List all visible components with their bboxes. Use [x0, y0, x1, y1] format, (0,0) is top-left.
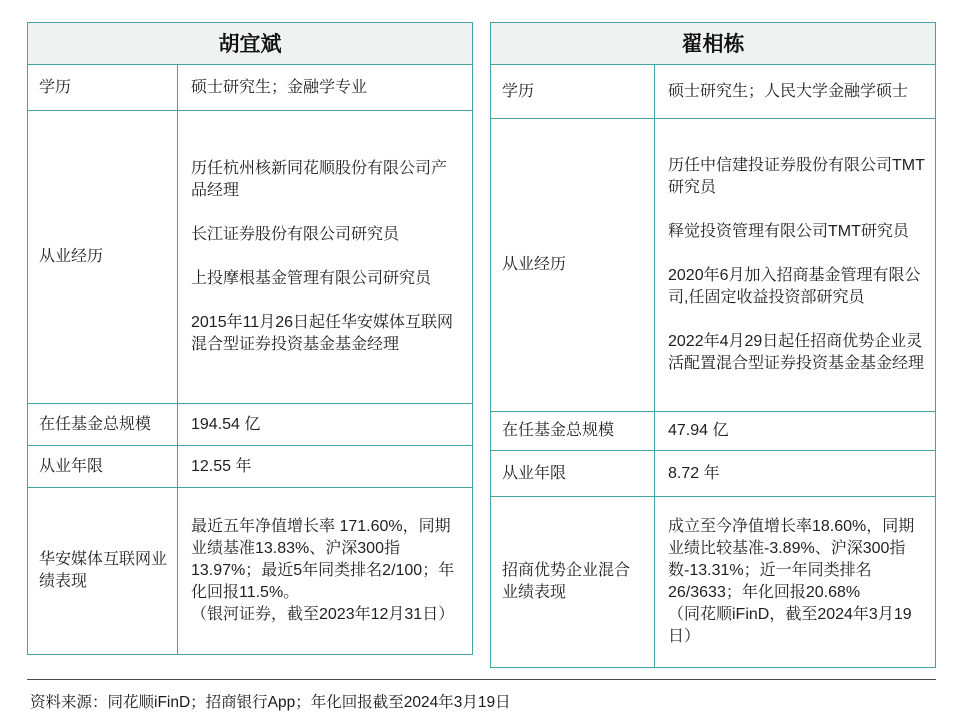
source-note: 资料来源：同花顺iFinD；招商银行App；年化回报截至2024年3月19日 [30, 692, 936, 714]
table-row: 学历硕士研究生；金融学专业 [28, 65, 472, 111]
row-value: 8.72 年 [655, 451, 935, 496]
row-value: 硕士研究生；金融学专业 [178, 65, 472, 110]
value-paragraph: 12.55 年 [191, 456, 462, 478]
value-paragraph: 上投摩根基金管理有限公司研究员 [191, 268, 462, 290]
row-label: 学历 [491, 65, 655, 118]
row-label: 在任基金总规模 [28, 404, 178, 445]
row-value: 47.94 亿 [655, 412, 935, 450]
row-label: 招商优势企业混合业绩表现 [491, 497, 655, 667]
row-value: 最近五年净值增长率 171.60%，同期业绩基准13.83%、沪深300指13.… [178, 488, 472, 654]
row-label: 华安媒体互联网业绩表现 [28, 488, 178, 654]
table-title-manager-name: 翟相栋 [491, 23, 935, 65]
table-row: 招商优势企业混合业绩表现成立至今净值增长率18.60%，同期业绩比较基准-3.8… [491, 497, 935, 667]
table-row: 从业经历历任中信建投证券股份有限公司TMT研究员释觉投资管理有限公司TMT研究员… [491, 119, 935, 412]
row-value: 194.54 亿 [178, 404, 472, 445]
value-paragraph: 硕士研究生；人民大学金融学硕士 [668, 81, 925, 103]
value-paragraph: 47.94 亿 [668, 420, 925, 442]
value-paragraph: 历任杭州核新同花顺股份有限公司产品经理 [191, 158, 462, 202]
footer-divider [27, 679, 936, 680]
value-paragraph: 2015年11月26日起任华安媒体互联网混合型证券投资基金基金经理 [191, 312, 462, 356]
value-paragraph: 释觉投资管理有限公司TMT研究员 [668, 221, 925, 243]
table-row: 学历硕士研究生；人民大学金融学硕士 [491, 65, 935, 119]
value-paragraph: 长江证券股份有限公司研究员 [191, 224, 462, 246]
row-value: 硕士研究生；人民大学金融学硕士 [655, 65, 935, 118]
manager-table: 翟相栋学历硕士研究生；人民大学金融学硕士从业经历历任中信建投证券股份有限公司TM… [490, 22, 936, 668]
value-paragraph: （银河证券，截至2023年12月31日） [191, 604, 462, 626]
table-row: 在任基金总规模194.54 亿 [28, 404, 472, 446]
page: 胡宜斌学历硕士研究生；金融学专业从业经历历任杭州核新同花顺股份有限公司产品经理长… [0, 0, 960, 720]
value-paragraph: 历任中信建投证券股份有限公司TMT研究员 [668, 155, 925, 199]
table-row: 从业年限12.55 年 [28, 446, 472, 488]
table-title-manager-name: 胡宜斌 [28, 23, 472, 65]
row-label: 从业经历 [28, 111, 178, 403]
row-label: 学历 [28, 65, 178, 110]
table-row: 从业年限8.72 年 [491, 451, 935, 497]
value-paragraph: 成立至今净值增长率18.60%，同期业绩比较基准-3.89%、沪深300指数-1… [668, 516, 925, 604]
row-label: 从业经历 [491, 119, 655, 411]
row-label: 从业年限 [491, 451, 655, 496]
value-paragraph: 2020年6月加入招商基金管理有限公司,任固定收益投资部研究员 [668, 265, 925, 309]
value-paragraph: 最近五年净值增长率 171.60%，同期业绩基准13.83%、沪深300指13.… [191, 516, 462, 604]
value-paragraph: 硕士研究生；金融学专业 [191, 77, 462, 99]
value-paragraph: 194.54 亿 [191, 414, 462, 436]
manager-table: 胡宜斌学历硕士研究生；金融学专业从业经历历任杭州核新同花顺股份有限公司产品经理长… [27, 22, 473, 655]
row-label: 在任基金总规模 [491, 412, 655, 450]
row-value: 成立至今净值增长率18.60%，同期业绩比较基准-3.89%、沪深300指数-1… [655, 497, 935, 667]
row-label: 从业年限 [28, 446, 178, 487]
value-paragraph: 8.72 年 [668, 463, 925, 485]
row-value: 历任中信建投证券股份有限公司TMT研究员释觉投资管理有限公司TMT研究员2020… [655, 119, 935, 411]
row-value: 历任杭州核新同花顺股份有限公司产品经理长江证券股份有限公司研究员上投摩根基金管理… [178, 111, 472, 403]
tables-container: 胡宜斌学历硕士研究生；金融学专业从业经历历任杭州核新同花顺股份有限公司产品经理长… [0, 0, 960, 668]
table-row: 在任基金总规模47.94 亿 [491, 412, 935, 451]
value-paragraph: （同花顺iFinD，截至2024年3月19日） [668, 604, 925, 648]
row-value: 12.55 年 [178, 446, 472, 487]
table-row: 从业经历历任杭州核新同花顺股份有限公司产品经理长江证券股份有限公司研究员上投摩根… [28, 111, 472, 404]
table-row: 华安媒体互联网业绩表现最近五年净值增长率 171.60%，同期业绩基准13.83… [28, 488, 472, 654]
value-paragraph: 2022年4月29日起任招商优势企业灵活配置混合型证券投资基金基金经理 [668, 331, 925, 375]
